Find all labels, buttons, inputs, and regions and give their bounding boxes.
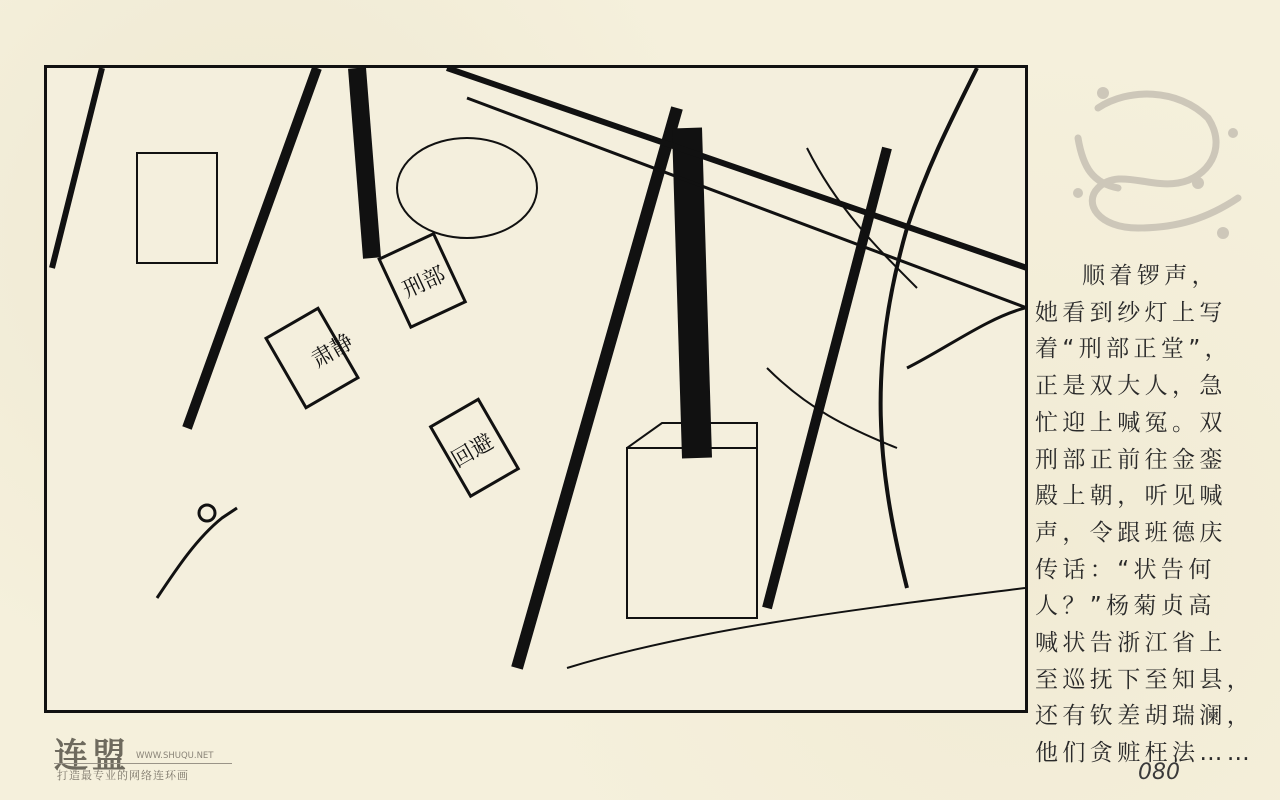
caption-line: 殿上朝，听见喊 — [1035, 478, 1275, 515]
site-logo[interactable]: 连盟 WWW.SHUQU.NET 打造最专业的网络连环画 — [54, 728, 130, 777]
illustration-drawing: 肃静 刑部 回避 — [47, 68, 1025, 710]
dragon-emblem-icon — [1058, 68, 1248, 248]
caption-line: 还有钦差胡瑞澜， — [1035, 698, 1275, 735]
logo-divider — [54, 763, 232, 764]
site-slogan: 打造最专业的网络连环画 — [57, 767, 189, 783]
caption-line: 声，令跟班德庆 — [1035, 515, 1275, 552]
site-url[interactable]: WWW.SHUQU.NET — [136, 751, 213, 761]
caption-line: 着“刑部正堂”， — [1035, 331, 1275, 368]
caption-line: 传话：“状告何 — [1035, 552, 1275, 589]
caption-line: 喊状告浙江省上 — [1035, 625, 1275, 662]
page-number: 080 — [1138, 760, 1180, 785]
caption-line: 刑部正前往金銮 — [1035, 442, 1275, 479]
caption-line: 她看到纱灯上写 — [1035, 295, 1275, 332]
caption-line: 顺着锣声， — [1035, 258, 1275, 295]
caption-text: 顺着锣声， 她看到纱灯上写 着“刑部正堂”， 正是双大人，急 忙迎上喊冤。双 刑… — [1035, 258, 1275, 772]
caption-line: 人？”杨菊贞高 — [1035, 588, 1275, 625]
svg-text:刑部: 刑部 — [399, 262, 449, 303]
caption-line: 至巡抚下至知县， — [1035, 662, 1275, 699]
caption-line: 忙迎上喊冤。双 — [1035, 405, 1275, 442]
caption-line: 正是双大人，急 — [1035, 368, 1275, 405]
svg-text:回避: 回避 — [448, 430, 499, 474]
illustration-panel: 肃静 刑部 回避 — [44, 65, 1028, 713]
